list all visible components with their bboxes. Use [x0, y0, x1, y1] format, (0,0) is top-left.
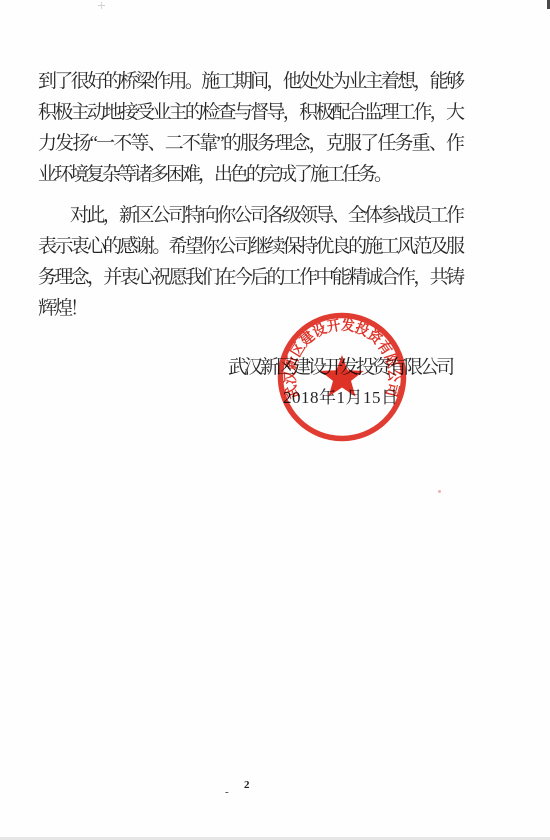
footer-dash-mark: -	[225, 786, 229, 798]
scan-registration-mark	[98, 2, 105, 9]
body-line: 到了很好的桥梁作用。施工期间，他处处为业主着想，能够	[38, 66, 462, 97]
star-icon	[320, 355, 364, 397]
body-line: 力发扬“一不等、二不靠”的服务理念，克服了任务重、作	[38, 128, 462, 159]
company-seal-graphic: 武汉新区建设开发投资有限公司	[267, 302, 417, 452]
paragraph-1: 到了很好的桥梁作用。施工期间，他处处为业主着想，能够 积极主动地接受业主的检查与…	[38, 66, 462, 190]
body-line: 务理念，并衷心祝愿我们在今后的工作中能精诚合作，共铸	[38, 262, 462, 293]
scan-ink-speck	[438, 490, 441, 493]
body-line: 积极主动地接受业主的检查与督导，积极配合监理工作，大	[38, 97, 462, 128]
body-line: 业环境复杂等诸多困难，出色的完成了施工任务。	[38, 159, 462, 190]
page-number: 2	[244, 779, 250, 791]
company-seal: 武汉新区建设开发投资有限公司	[267, 302, 417, 452]
body-line: 对此，新区公司特向你公司各级领导、全体参战员工作	[38, 200, 462, 231]
body-line: 表示衷心的感谢。希望你公司继续保持优良的施工风范及服	[38, 231, 462, 262]
scanned-letter-page: 到了很好的桥梁作用。施工期间，他处处为业主着想，能够 积极主动地接受业主的检查与…	[0, 0, 550, 840]
